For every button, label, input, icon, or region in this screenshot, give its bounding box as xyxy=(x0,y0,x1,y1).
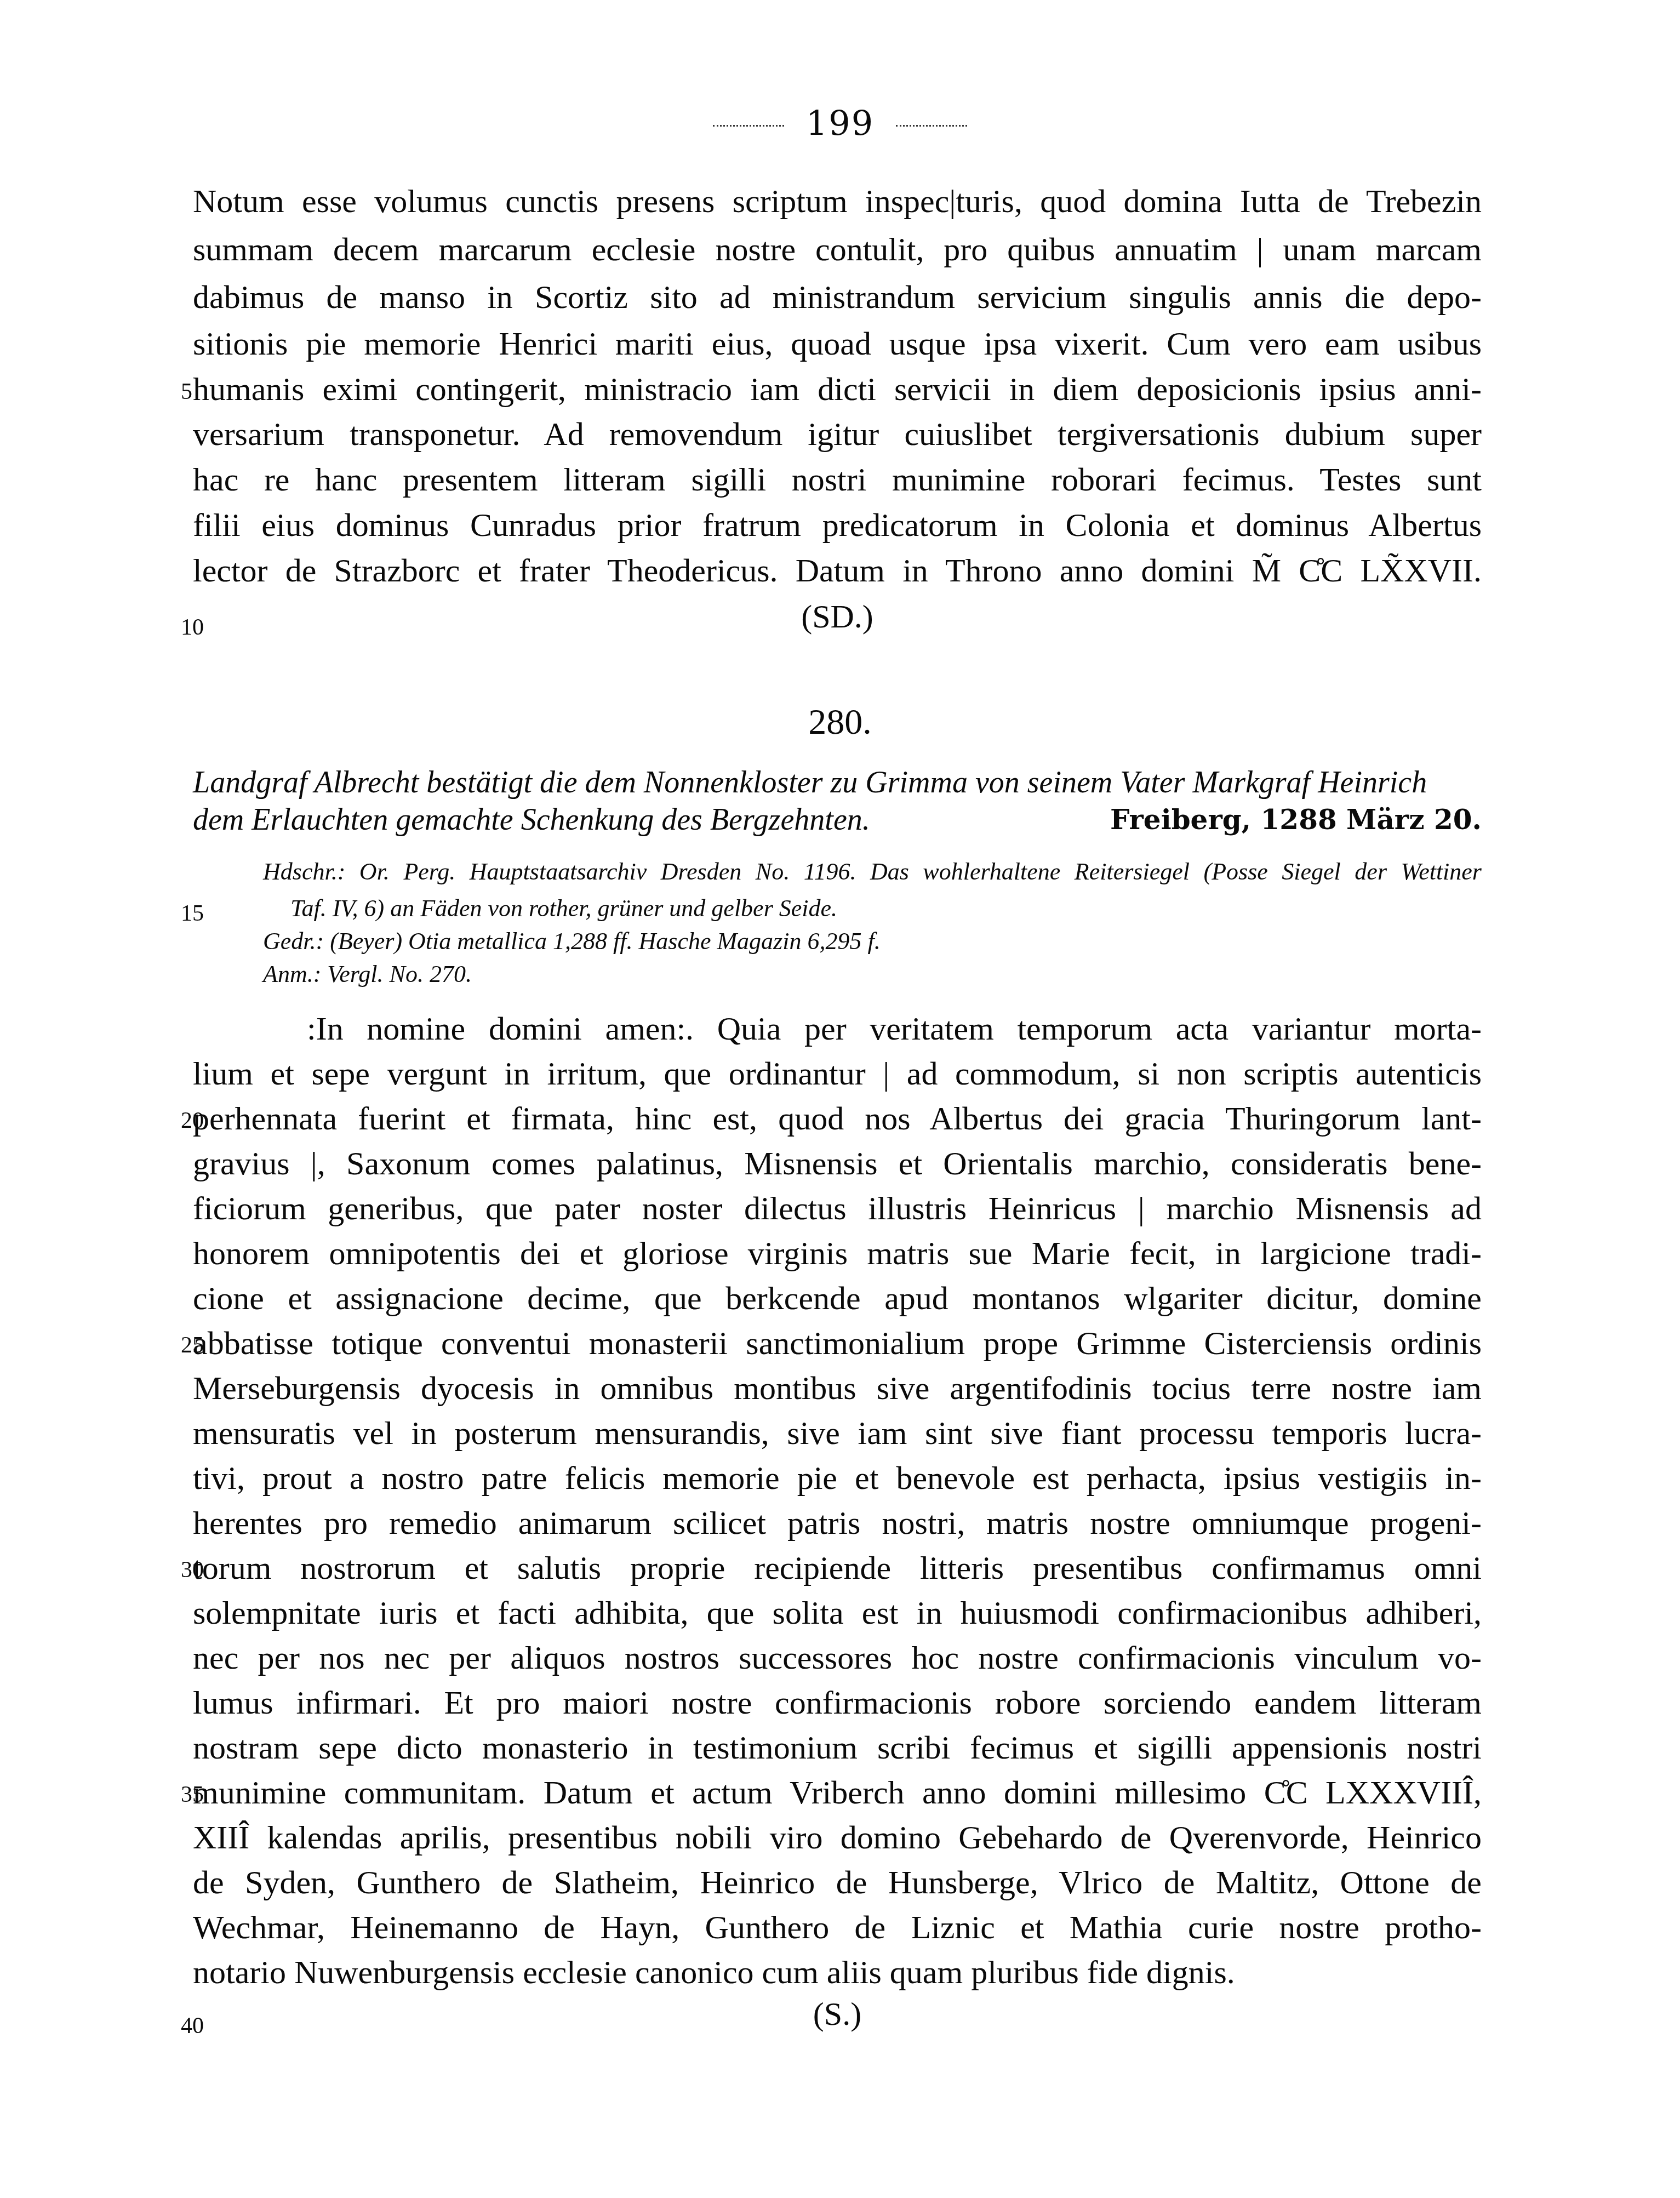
text-line: mensuratis vel in posterum mensurandis, … xyxy=(193,1414,1482,1452)
text-line: munimine communitam. Datum et actum Vrib… xyxy=(193,1773,1482,1812)
document-page: 199 Notum esse volumus cunctis presens s… xyxy=(0,0,1680,2198)
text-line: de Syden, Gunthero de Slatheim, Heinrico… xyxy=(193,1863,1482,1902)
text-line: herentes pro remedio animarum scilicet p… xyxy=(193,1504,1482,1542)
header-rule-right xyxy=(896,125,967,127)
note-manuscript: Hdschr.: Or. Perg. Hauptstaatsarchiv Dre… xyxy=(263,857,1482,887)
text-line: lium et sepe vergunt in irritum, que ord… xyxy=(193,1054,1482,1093)
text-line: sitionis pie memorie Henrici mariti eius… xyxy=(193,324,1482,363)
text-line: notario Nuwenburgensis ecclesie canonico… xyxy=(193,1953,1482,1991)
text-line: solempnitate iuris et facti adhibita, qu… xyxy=(193,1594,1482,1632)
text-line: tivi, prout a nostro patre felicis memor… xyxy=(193,1459,1482,1497)
place-date: Freiberg, 1288 März 20. xyxy=(1110,802,1482,838)
rubric-line: Landgraf Albrecht bestätigt die dem Nonn… xyxy=(193,764,1482,801)
note-remark: Anm.: Vergl. No. 270. xyxy=(263,959,472,990)
text-line: versarium transponetur. Ad removendum ig… xyxy=(193,415,1482,453)
text-line: summam decem marcarum ecclesie nostre co… xyxy=(193,230,1482,269)
page-number: 199 xyxy=(806,103,874,143)
text-line: honorem omnipotentis dei et gloriose vir… xyxy=(193,1234,1482,1272)
text-line: gravius |, Saxonum comes palatinus, Misn… xyxy=(193,1144,1482,1183)
text-line: nec per nos nec per aliquos nostros succ… xyxy=(193,1638,1482,1677)
text-line: XIIÎ kalendas aprilis, presentibus nobi… xyxy=(193,1818,1482,1857)
line-number: 10 xyxy=(181,608,204,647)
line-number: 30 xyxy=(181,1551,204,1589)
text-line: Wechmar, Heinemanno de Hayn, Gunthero de… xyxy=(193,1908,1482,1946)
line-number: 25 xyxy=(181,1326,204,1365)
line-number: 15 xyxy=(181,894,204,933)
text-line: lumus infirmari. Et pro maiori nostre co… xyxy=(193,1683,1482,1722)
line-number: 40 xyxy=(181,2007,204,2045)
rubric-line-text: dem Erlauchten gemachte Schenkung des Be… xyxy=(193,803,870,837)
text-line: filii eius dominus Cunradus prior fratru… xyxy=(193,506,1482,544)
text-line: nostram sepe dicto monasterio in testimo… xyxy=(193,1728,1482,1767)
text-line: dabimus de manso in Scortiz sito ad mini… xyxy=(193,278,1482,316)
text-line: lector de Strazborc et frater Theodericu… xyxy=(193,551,1482,590)
text-line: Merseburgensis dyocesis in omnibus monti… xyxy=(193,1369,1482,1407)
text-line: hac re hanc presentem litteram sigilli n… xyxy=(193,460,1482,499)
text-line: cione et assignacione decime, que berkce… xyxy=(193,1279,1482,1317)
line-number: 20 xyxy=(181,1101,204,1140)
line-number: 35 xyxy=(181,1775,204,1814)
text-line: torum nostrorum et salutis proprie recip… xyxy=(193,1549,1482,1587)
rubric-line: dem Erlauchten gemachte Schenkung des Be… xyxy=(193,802,1482,838)
line-number: 5 xyxy=(181,373,192,411)
note-manuscript-cont: Taf. IV, 6) an Fäden von rother, grüner … xyxy=(290,893,837,924)
seal-note: (S.) xyxy=(193,1995,1482,2033)
text-line: perhennata fuerint et firmata, hinc est,… xyxy=(193,1099,1482,1138)
note-printed: Gedr.: (Beyer) Otia metallica 1,288 ff. … xyxy=(263,926,881,957)
seal-note: (SD.) xyxy=(193,597,1482,636)
text-line: humanis eximi contingerit, ministracio i… xyxy=(193,370,1482,408)
charter-number: 280. xyxy=(0,701,1680,743)
text-line: ficiorum generibus, que pater noster dil… xyxy=(193,1189,1482,1228)
text-line: abbatisse totique conventui monasterii s… xyxy=(193,1324,1482,1362)
header-rule-left xyxy=(713,125,784,127)
page-header: 199 xyxy=(0,104,1680,142)
text-line: :In nomine domini amen:. Quia per verita… xyxy=(307,1009,1482,1048)
text-line: Notum esse volumus cunctis presens scrip… xyxy=(193,182,1482,220)
